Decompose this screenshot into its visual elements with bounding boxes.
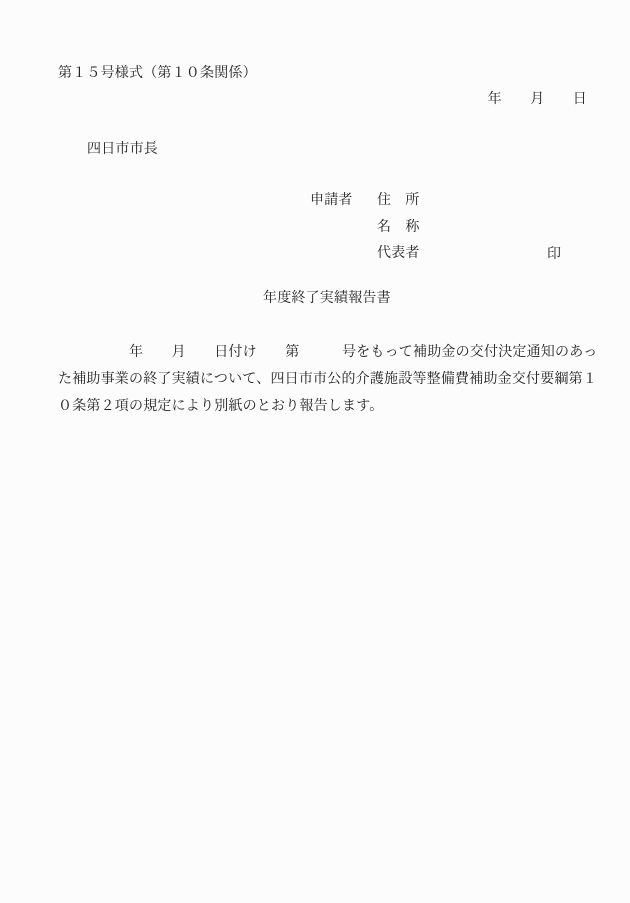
applicant-name-label: 名 称 <box>377 220 420 234</box>
seal-label: 印 <box>547 247 561 261</box>
document-title: 年度終了実績報告書 <box>263 291 391 305</box>
applicant-label: 申請者 <box>310 193 353 207</box>
addressee: 四日市市長 <box>87 142 158 156</box>
applicant-address-label: 住 所 <box>377 193 420 207</box>
applicant-representative-label: 代表者 <box>377 246 420 260</box>
document-page: 第１５号様式（第１０条関係） 年 月 日 四日市市長 申請者 住 所 名 称 代… <box>0 0 630 903</box>
body-paragraph: 年 月 日付け 第 号をもって補助金の交付決定通知のあっ た補助事業の終了実績に… <box>58 339 598 420</box>
date-line: 年 月 日 <box>488 92 587 106</box>
body-line: た補助事業の終了実績について、四日市市公的介護施設等整備費補助金交付要綱第１ <box>58 366 598 393</box>
body-line: 年 月 日付け 第 号をもって補助金の交付決定通知のあっ <box>58 339 598 366</box>
body-line: ０条第２項の規定により別紙のとおり報告します。 <box>58 393 598 420</box>
form-number: 第１５号様式（第１０条関係） <box>58 66 257 80</box>
